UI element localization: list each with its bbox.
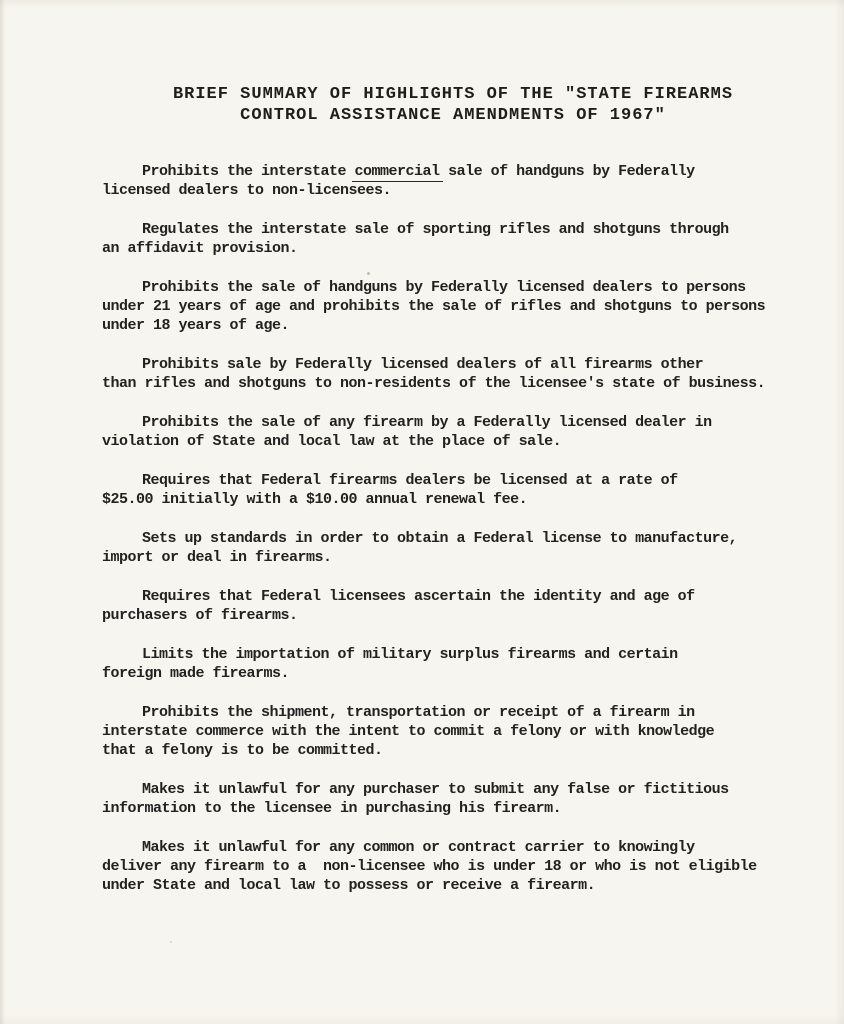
paragraph-text: Prohibits the interstate (142, 163, 355, 180)
paragraph-sporting-rifles: Regulates the interstate sale of sportin… (102, 220, 784, 258)
document-title: BRIEF SUMMARY OF HIGHLIGHTS OF THE "STAT… (152, 84, 754, 126)
underlined-word-commercial: commercial (352, 163, 443, 182)
paragraph-false-information: Makes it unlawful for any purchaser to s… (102, 780, 784, 818)
title-line-1: BRIEF SUMMARY OF HIGHLIGHTS OF THE "STAT… (152, 84, 754, 105)
paragraph-license-fees: Requires that Federal firearms dealers b… (102, 471, 784, 509)
paragraph-carrier-delivery: Makes it unlawful for any common or cont… (102, 838, 784, 895)
paper-speck (584, 111, 586, 113)
paragraph-age-limits: Prohibits the sale of handguns by Federa… (102, 278, 784, 335)
title-line-2: CONTROL ASSISTANCE AMENDMENTS OF 1967" (152, 105, 754, 126)
paragraph-commercial-sale: Prohibits the interstate commercial sale… (102, 162, 784, 200)
paragraph-license-standards: Sets up standards in order to obtain a F… (102, 529, 784, 567)
paper-speck (367, 272, 370, 275)
paragraph-identity-age: Requires that Federal licensees ascertai… (102, 587, 784, 625)
paper-speck (170, 941, 172, 943)
scanned-document-page: BRIEF SUMMARY OF HIGHLIGHTS OF THE "STAT… (0, 0, 844, 1024)
paragraph-non-residents: Prohibits sale by Federally licensed dea… (102, 355, 784, 393)
paragraph-state-local-law: Prohibits the sale of any firearm by a F… (102, 413, 784, 451)
paragraph-felony-intent: Prohibits the shipment, transportation o… (102, 703, 784, 760)
paragraph-importation-limits: Limits the importation of military surpl… (102, 645, 784, 683)
document-content: BRIEF SUMMARY OF HIGHLIGHTS OF THE "STAT… (0, 0, 844, 895)
